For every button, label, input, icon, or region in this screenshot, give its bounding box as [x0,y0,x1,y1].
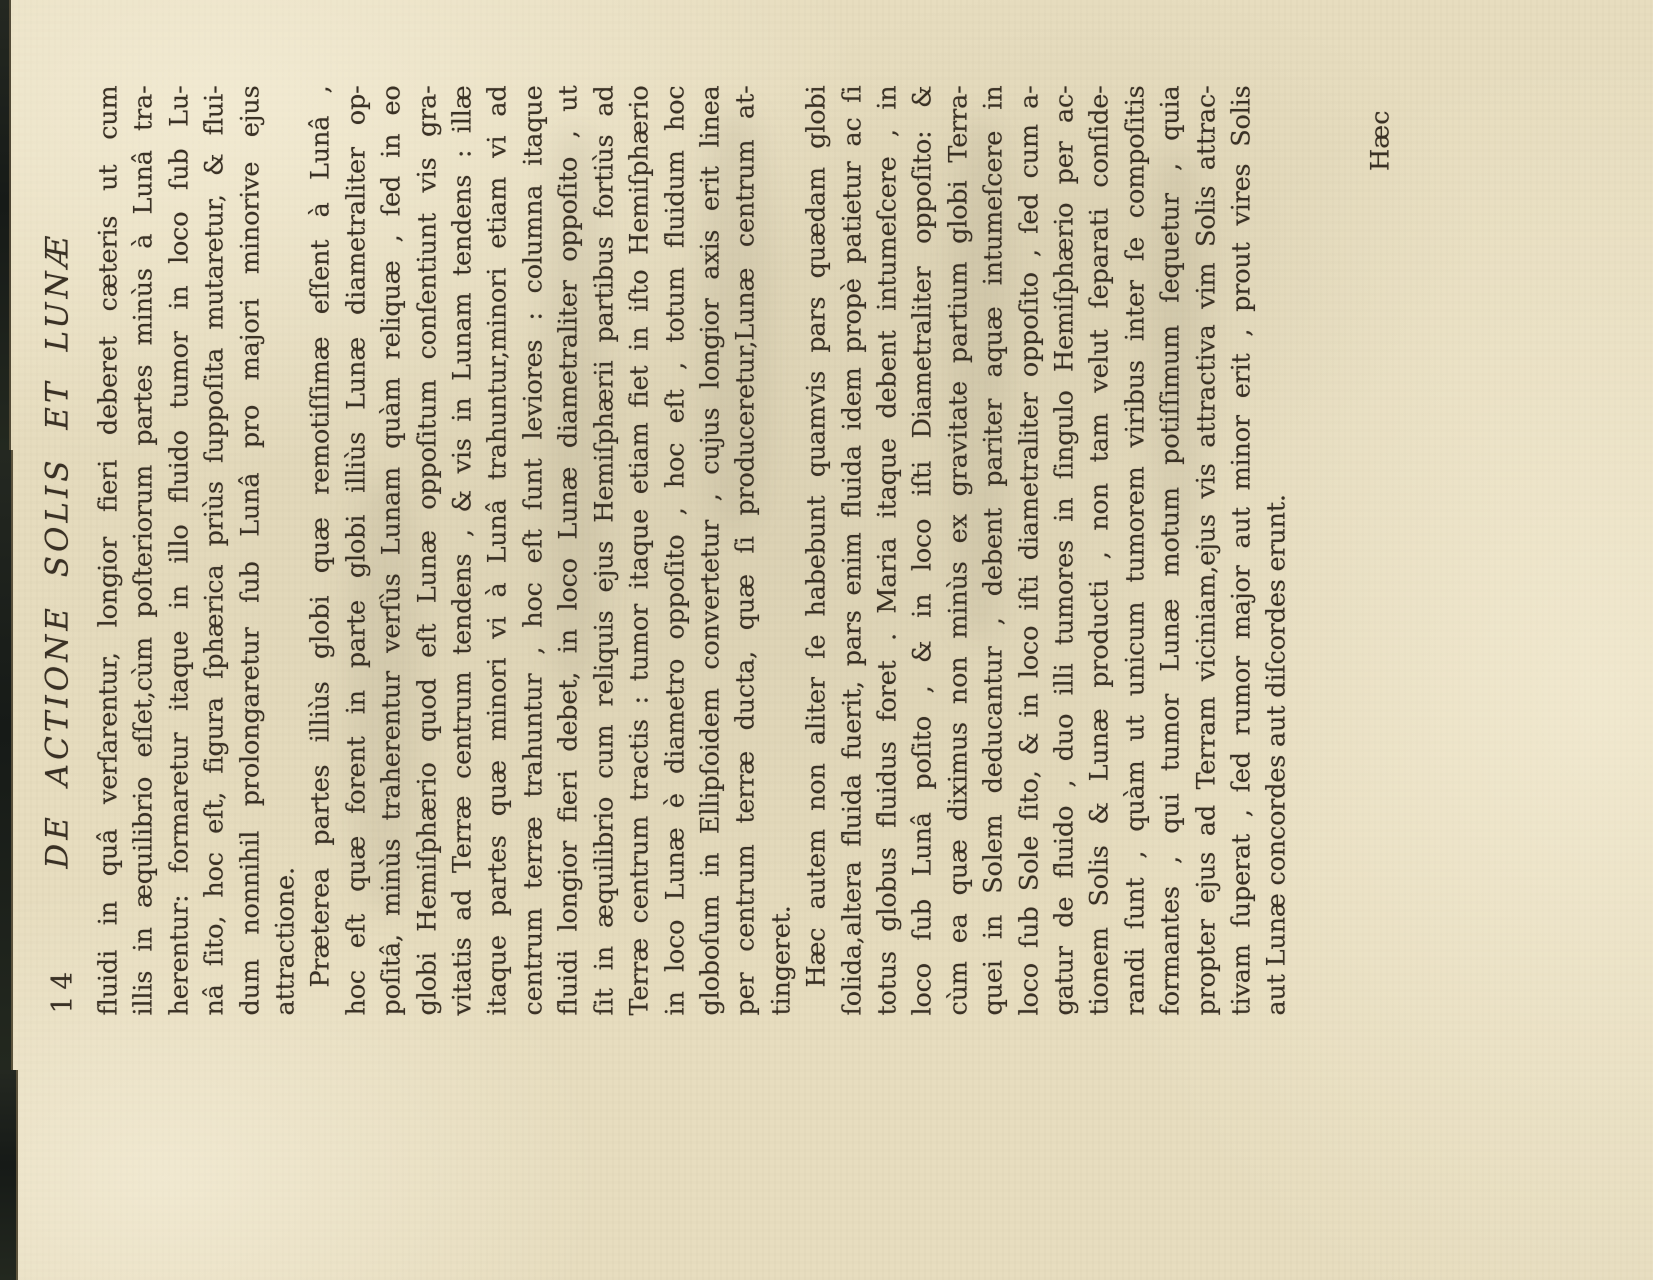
text-line: hoc eſt quæ forent in parte globi illiùs… [339,86,374,1016]
text-line: Præterea partes illiùs globi quæ remotiſ… [304,86,339,1016]
text-line: formantes , qui tumor Lunæ motum potiſſi… [1154,86,1189,1016]
text-line: poſitâ, minùs traherentur verſùs Lunam q… [375,86,410,1016]
book-edge-shadow [0,0,11,450]
text-line: randi ſunt , quàm ut unicum tumorem viri… [1118,86,1153,1016]
text-line: Terræ centrum tractis : tumor itaque eti… [623,86,658,1016]
text-line: loco ſub Sole ſito, & in loco iſti diame… [1012,86,1047,1016]
text-line: cùm ea quæ diximus non minùs ex gravitat… [941,86,976,1016]
text-line: tionem Solis & Lunæ producti , non tam v… [1083,86,1118,1016]
text-line: globoſum in Ellipſoidem convertetur , cu… [693,86,728,1016]
page-content: 14 DE ACTIONE SOLIS ET LUNÆ fluidi in qu… [0,1,1653,1280]
book-edge-shadow [0,1070,18,1280]
text-line: loco ſub Lunâ poſito , & in loco iſti Di… [906,86,941,1016]
text-line: Hæc autem non aliter ſe habebunt quamvis… [800,86,835,1016]
text-line: attractione. [269,86,304,1016]
scanned-book-page: 14 DE ACTIONE SOLIS ET LUNÆ fluidi in qu… [0,0,1653,1280]
text-line: gatur de fluido , duo illi tumores in ſi… [1047,86,1082,1016]
text-line: propter ejus ad Terram viciniam,ejus vis… [1189,86,1224,1016]
text-line: dum nonnihil prolongaretur ſub Lunâ pro … [233,86,268,1016]
text-line: ſolida,altera fluida fuerit, pars enim f… [835,86,870,1016]
text-line: itaque partes quæ minori vi à Lunâ trahu… [481,86,516,1016]
running-header: DE ACTIONE SOLIS ET LUNÆ [40,86,76,1016]
text-line: tivam ſuperat , ſed rumor major aut mino… [1225,86,1260,1016]
text-line: in loco Lunæ è diametro oppoſito , hoc e… [658,86,693,1016]
text-line: fluidi in quâ verſarentur, longior fieri… [92,86,127,1016]
text-line: nâ ſito, hoc eſt, figura ſphærica priùs … [198,86,233,1016]
text-line: per centrum terræ ducta, quæ ſi producer… [729,86,764,1016]
text-line: aut Lunæ concordes aut diſcordes erunt. [1260,86,1295,1016]
book-edge-shadow [0,450,13,1070]
text-line: fluidi longior fieri debet, in loco Lunæ… [552,86,587,1016]
text-line: vitatis ad Terræ centrum tendens , & vis… [446,86,481,1016]
text-line: herentur: formaretur itaque in illo flui… [162,86,197,1016]
text-line: centrum terræ trahuntur , hoc eſt ſunt l… [516,86,551,1016]
catchword: Hæc [1366,111,1396,1016]
header-row: 14 DE ACTIONE SOLIS ET LUNÆ [40,86,86,1016]
text-block: fluidi in quâ verſarentur, longior fieri… [92,86,1296,1016]
text-line: illis in æquilibrio eſſet,cùm poſterioru… [127,86,162,1016]
text-line: ſit in æquilibrio cum reliquis ejus Hemi… [587,86,622,1016]
text-line: globi Hemiſphærio quod eſt Lunæ oppoſitu… [410,86,445,1016]
text-line: totus globus fluidus foret . Maria itaqu… [870,86,905,1016]
text-line: tingeret. [764,86,799,1016]
text-line: quei in Solem deducantur , debent parite… [977,86,1012,1016]
